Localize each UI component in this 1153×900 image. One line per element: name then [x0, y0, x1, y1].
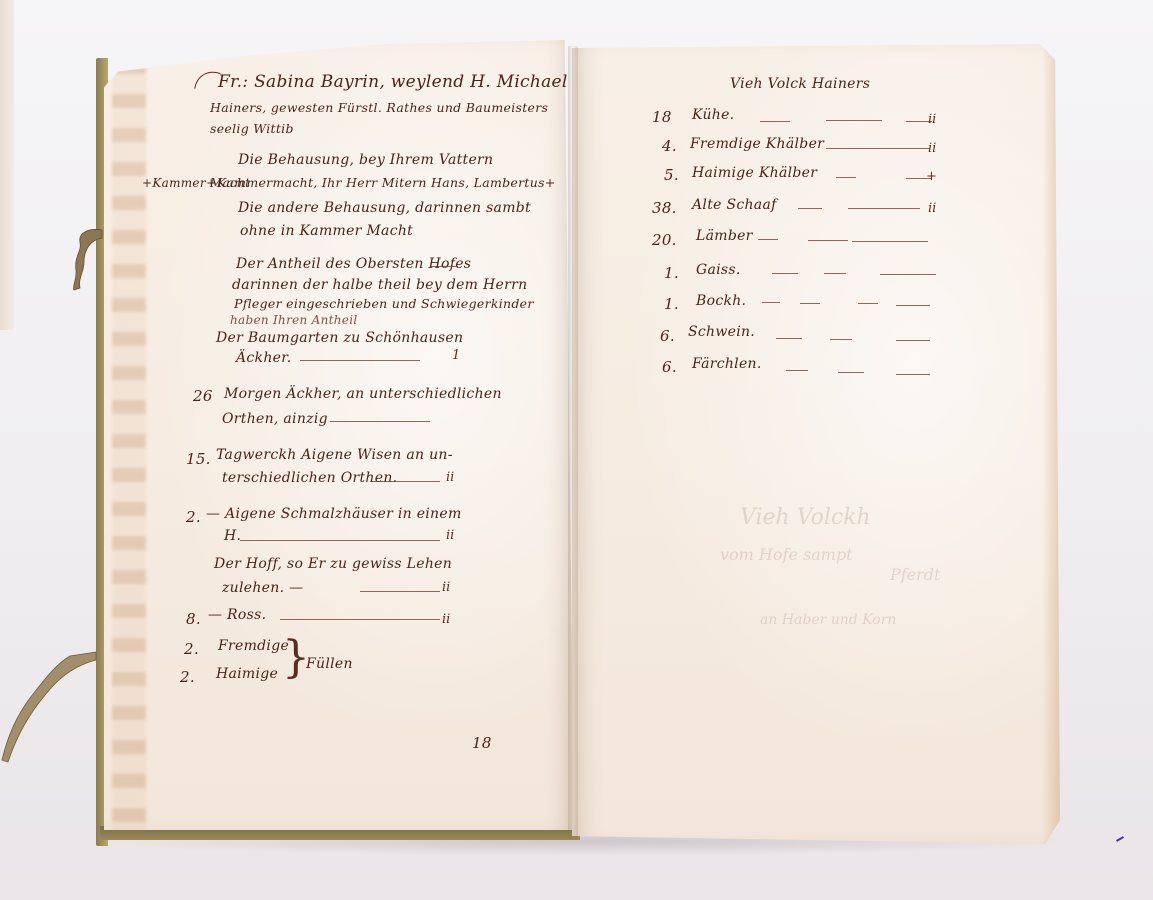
entry-text: Lämber [696, 228, 753, 244]
entry-qty: 6. [660, 327, 675, 345]
entry-text: Äckher. [236, 350, 291, 366]
entry-qty: 20. [652, 231, 677, 249]
bleed-through-text: vom Hofe sampt [720, 545, 853, 564]
entry-text: darinnen der halbe theil bey dem Herrn [232, 277, 527, 293]
folio-number: 18 [472, 734, 492, 752]
entry-qty: 5. [664, 166, 679, 184]
entry-qty: 6. [662, 358, 677, 376]
entry-qty: 1. [664, 264, 679, 282]
rule-line [762, 302, 780, 303]
entry-qty: 2. [186, 508, 201, 526]
bracket-label: Füllen [306, 656, 353, 672]
entry-text: Pfleger eingeschrieben und Schwiegerkind… [234, 296, 534, 311]
rule-line [776, 338, 802, 339]
entry-qty: 4. [662, 137, 677, 155]
entry-text: Orthen, ainzig [222, 411, 328, 427]
rule-line [240, 540, 440, 541]
tally-mark: + [926, 169, 937, 184]
rule-line [896, 374, 930, 375]
rule-line [826, 120, 882, 121]
rule-line [848, 208, 920, 209]
entry-qty: 38. [652, 199, 677, 217]
entry-text: — Aigene Schmalzhäuser in einem [206, 506, 462, 522]
entry-qty: 2. [184, 640, 199, 658]
tally-mark: ii [928, 201, 936, 216]
entry-text: terschiedlichen Orthen. [222, 470, 397, 486]
entry-text: Die andere Behausung, darinnen sambt [238, 200, 531, 216]
right-heading: Vieh Volck Hainers [730, 76, 870, 92]
entry-text: Kühe. [692, 107, 734, 123]
entry-qty: 18 [652, 108, 672, 126]
entry-text: Alte Schaaf [692, 197, 777, 213]
tally-mark: 1 [452, 348, 460, 363]
right-page [572, 44, 1060, 844]
entry-text: Der Hoff, so Er zu gewiss Lehen [214, 556, 452, 572]
rule-line [830, 339, 852, 340]
rule-line [896, 340, 930, 341]
left-heading-line-2: Hainers, gewesten Fürstl. Rathes und Bau… [210, 100, 548, 115]
entry-qty: 2. [180, 668, 195, 686]
pencil-mark [1116, 836, 1124, 842]
ribbon-tie-bottom-icon [0, 650, 100, 765]
rule-line [370, 481, 440, 482]
left-heading-line-1: Fr.: Sabina Bayrin, weylend H. Michael [218, 72, 568, 92]
entry-text: Fremdige Khälber [690, 136, 824, 152]
rule-line [772, 273, 798, 274]
rule-line [798, 208, 822, 209]
rule-line [808, 240, 848, 241]
entry-text: Die Behausung, bey Ihrem Vattern [238, 152, 493, 168]
entry-text: haben Ihren Antheil [230, 313, 357, 327]
bleed-through-text: an Haber und Korn [760, 612, 896, 628]
entry-text: Haimige Khälber [692, 165, 817, 181]
rule-line [758, 239, 778, 240]
rule-line [760, 121, 790, 122]
rule-line [800, 303, 820, 304]
book-gutter [568, 46, 578, 838]
rule-line [826, 148, 930, 149]
left-heading-line-3: seelig Wittib [210, 121, 294, 136]
entry-text: Haimige [216, 666, 278, 682]
entry-text: zulehen. — [222, 580, 303, 596]
entry-qty: 26 [193, 387, 213, 405]
table-surface-edge [0, 0, 14, 330]
entry-text: Schwein. [688, 324, 755, 340]
tally-mark: ii [446, 528, 454, 543]
rule-line [838, 372, 864, 373]
entry-text: — Ross. [208, 607, 266, 623]
tally-mark: ii [928, 112, 936, 127]
rule-line [300, 360, 420, 361]
entry-text: ohne in Kammer Macht [240, 223, 413, 239]
tally-mark: ii [928, 141, 936, 156]
rule-line [852, 241, 928, 242]
rule-line [880, 274, 936, 275]
tally-mark: ii [442, 580, 450, 595]
rule-line [836, 177, 856, 178]
entry-text: Fremdige [218, 638, 289, 654]
entry-qty: 8. [186, 610, 201, 628]
tally-mark: ii [446, 470, 454, 485]
rule-line [280, 619, 440, 620]
rule-line [360, 591, 440, 592]
rule-line [858, 303, 878, 304]
entry-text: Bockh. [696, 293, 746, 309]
bleed-through-text: Vieh Volckh [740, 505, 871, 530]
entry-text: Der Antheil des Obersten Hofes [236, 256, 471, 272]
entry-qty: 15. [186, 450, 211, 468]
ribbon-tie-top-icon [68, 226, 104, 292]
entry-text: H. [224, 528, 241, 544]
entry-text: Gaiss. [696, 262, 741, 278]
entry-text: Morgen Äckher, an unterschiedlichen [224, 386, 502, 402]
rule-line [824, 273, 846, 274]
entry-text: Der Baumgarten zu Schönhausen [216, 330, 463, 346]
rule-line [330, 421, 430, 422]
entry-qty: 1. [664, 295, 679, 313]
entry-text: Färchlen. [692, 356, 762, 372]
entry-text: Tagwerckh Aigene Wisen an un- [216, 447, 453, 463]
rule-line [896, 305, 930, 306]
bleed-through-text: Pferdt [890, 565, 940, 584]
rule-line [430, 266, 458, 267]
rule-line [786, 370, 808, 371]
tally-mark: ii [442, 612, 450, 627]
entry-text: +Kammermacht, Ihr Herr Mitern Hans, Lamb… [206, 175, 556, 190]
